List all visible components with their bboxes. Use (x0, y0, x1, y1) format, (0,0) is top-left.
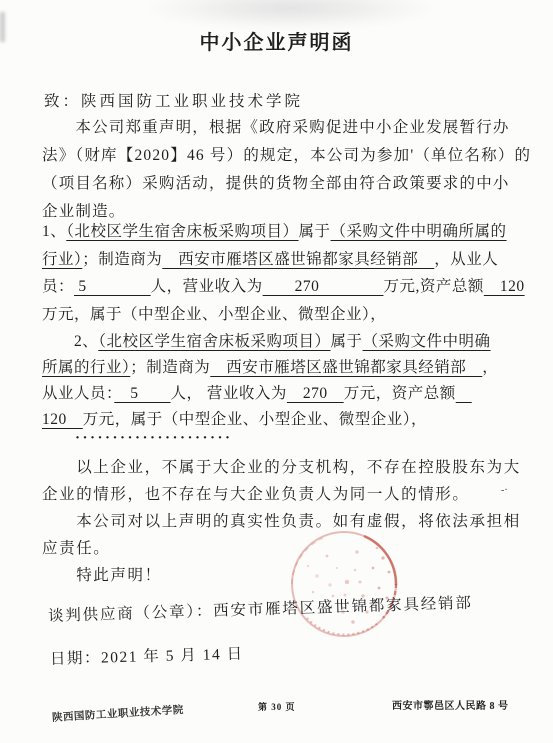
text-line: 从业人员： 5 人， 营业收入为 270 万元，资产总额 (42, 381, 517, 407)
closing-paragraphs: 以上企业，不属于大企业的分支机构，不存在控股股东为大企业的情形，也不存在与大企业… (42, 454, 517, 589)
document-title: 中小企业声明函 (0, 28, 553, 58)
text-line: 万元，属于（中型企业、小型企业、微型企业）， (42, 301, 517, 329)
text-segment: 应责任。 (42, 540, 110, 557)
text-segment: 属于 (299, 223, 331, 240)
underlined-fill-in-value: 5 (74, 278, 151, 295)
underlined-fill-in-value: 270 (263, 278, 384, 295)
text-line: 应责任。 (42, 535, 517, 562)
underlined-fill-in-value: （采购文件中明确 (363, 333, 491, 350)
underlined-fill-in-value: 120 (484, 278, 525, 295)
text-segment: 2、 (42, 333, 98, 350)
text-line: 本公司对以上声明的真实性负责。如有虚假，将依法承担相 (42, 508, 517, 535)
underlined-fill-in-value: 5 (114, 385, 170, 402)
text-segment: 人， 营业收入为 (171, 385, 287, 402)
text-line: 所属的行业）；制造商为 西安市雁塔区盛世锦都家具经销部 ， (42, 355, 517, 381)
text-segment: 人，营业收入为 (151, 278, 263, 295)
scan-smudge-artifact (150, 0, 430, 28)
text-line: 以上企业，不属于大企业的分支机构，不存在控股股东为大 (42, 454, 517, 481)
supplier-signature-line: 谈判供应商（公章）：西安市雁塔区盛世锦都家具经销部 (48, 591, 473, 626)
section-2-enterprise-info: 2、（北校区学生宿舍床板采购项目）属于（采购文件中明确所属的行业）；制造商为 西… (42, 329, 517, 433)
underlined-fill-in-value: 西安市雁塔区盛世锦都家具经销部 (210, 359, 482, 376)
text-segment: 本公司对以上声明的真实性负责。如有虚假，将依法承担相 (42, 513, 521, 530)
text-line: 企业的情形，也不存在与大企业负责人为同一人的情形。 (42, 481, 517, 508)
underlined-fill-in-value: （北校区学生宿舍床板采购项目） (98, 333, 330, 350)
text-line: 特此声明！ (42, 562, 517, 589)
text-segment: 法》（财库【2020】46 号）的规定，本公司为参加'（单位名称）的 (42, 147, 531, 164)
text-line: 2、（北校区学生宿舍床板采购项目）属于（采购文件中明确 (42, 329, 517, 355)
underlined-fill-in-value (456, 385, 472, 402)
text-segment: 企业的情形，也不存在与大企业负责人为同一人的情形。 (42, 486, 470, 503)
text-line: 法》（财库【2020】46 号）的规定，本公司为参加'（单位名称）的 (42, 142, 517, 170)
ellipsis-dots: ····················· (75, 430, 233, 447)
text-segment: 本公司郑重声明，根据《政府采购促进中小企业发展暂行办 (42, 119, 510, 136)
text-segment: ， (482, 359, 498, 376)
text-segment: 1、 (42, 223, 66, 240)
text-line: （项目名称）采购活动，提供的货物全部由符合政策要求的中小 (42, 170, 517, 198)
underlined-fill-in-value: 西安市雁塔区盛世锦都家具经销部 (162, 251, 434, 268)
recipient-line: 致：陕西国防工业职业技术学院 (44, 89, 303, 111)
text-segment: 从业人员： (42, 385, 114, 402)
footer-address: 西安市鄠邑区人民路 8 号 (392, 697, 509, 712)
underlined-fill-in-value: 所属的行业） (42, 359, 130, 376)
text-segment: （项目名称）采购活动，提供的货物全部由符合政策要求的中小 (42, 175, 510, 192)
text-line: 员： 5 人，营业收入为 270 万元,资产总额 120 (42, 273, 517, 301)
text-segment: 员： (42, 278, 74, 295)
text-segment: 属于 (331, 333, 363, 350)
footer-school-name: 陕西国防工业职业技术学院 (52, 702, 185, 725)
text-line: 1、（北校区学生宿舍床板采购项目）属于（采购文件中明确所属的 (42, 218, 517, 246)
text-line: 行业）；制造商为 西安市雁塔区盛世锦都家具经销部 ，从业人 (42, 246, 517, 274)
text-segment: 万元,资产总额 (383, 278, 483, 295)
underlined-fill-in-value: 270 (287, 385, 344, 402)
text-segment: ；制造商为 (82, 251, 162, 268)
date-line: 日期：2021 年 5 月 14 日 (50, 642, 244, 669)
text-segment: 万元，属于（中型企业、小型企业、微型企业）， (83, 411, 427, 428)
text-segment: 特此声明！ (42, 567, 162, 584)
scan-stray-mark: -· (501, 489, 509, 492)
underlined-fill-in-value: （北校区学生宿舍床板采购项目） (66, 223, 298, 240)
text-segment: 万元，属于（中型企业、小型企业、微型企业）， (42, 306, 386, 323)
intro-paragraph: 本公司郑重声明，根据《政府采购促进中小企业发展暂行办法》（财库【2020】46 … (42, 114, 517, 226)
text-segment: ；制造商为 (130, 359, 210, 376)
underlined-fill-in-value: （采购文件中明确所属的 (331, 223, 507, 240)
text-segment: 万元，资产总额 (344, 385, 456, 402)
underlined-fill-in-value: 行业） (42, 251, 82, 268)
section-1-enterprise-info: 1、（北校区学生宿舍床板采购项目）属于（采购文件中明确所属的行业）；制造商为 西… (42, 218, 517, 328)
footer-page-number: 第 30 页 (258, 700, 296, 713)
declaration-document-page: 中小企业声明函 致：陕西国防工业职业技术学院 本公司郑重声明，根据《政府采购促进… (0, 0, 553, 743)
text-segment: ，从业人 (434, 251, 498, 268)
text-segment: 以上企业，不属于大企业的分支机构，不存在控股股东为大 (42, 459, 521, 476)
text-line: 本公司郑重声明，根据《政府采购促进中小企业发展暂行办 (42, 114, 517, 142)
underlined-fill-in-value: 120 (42, 411, 83, 428)
